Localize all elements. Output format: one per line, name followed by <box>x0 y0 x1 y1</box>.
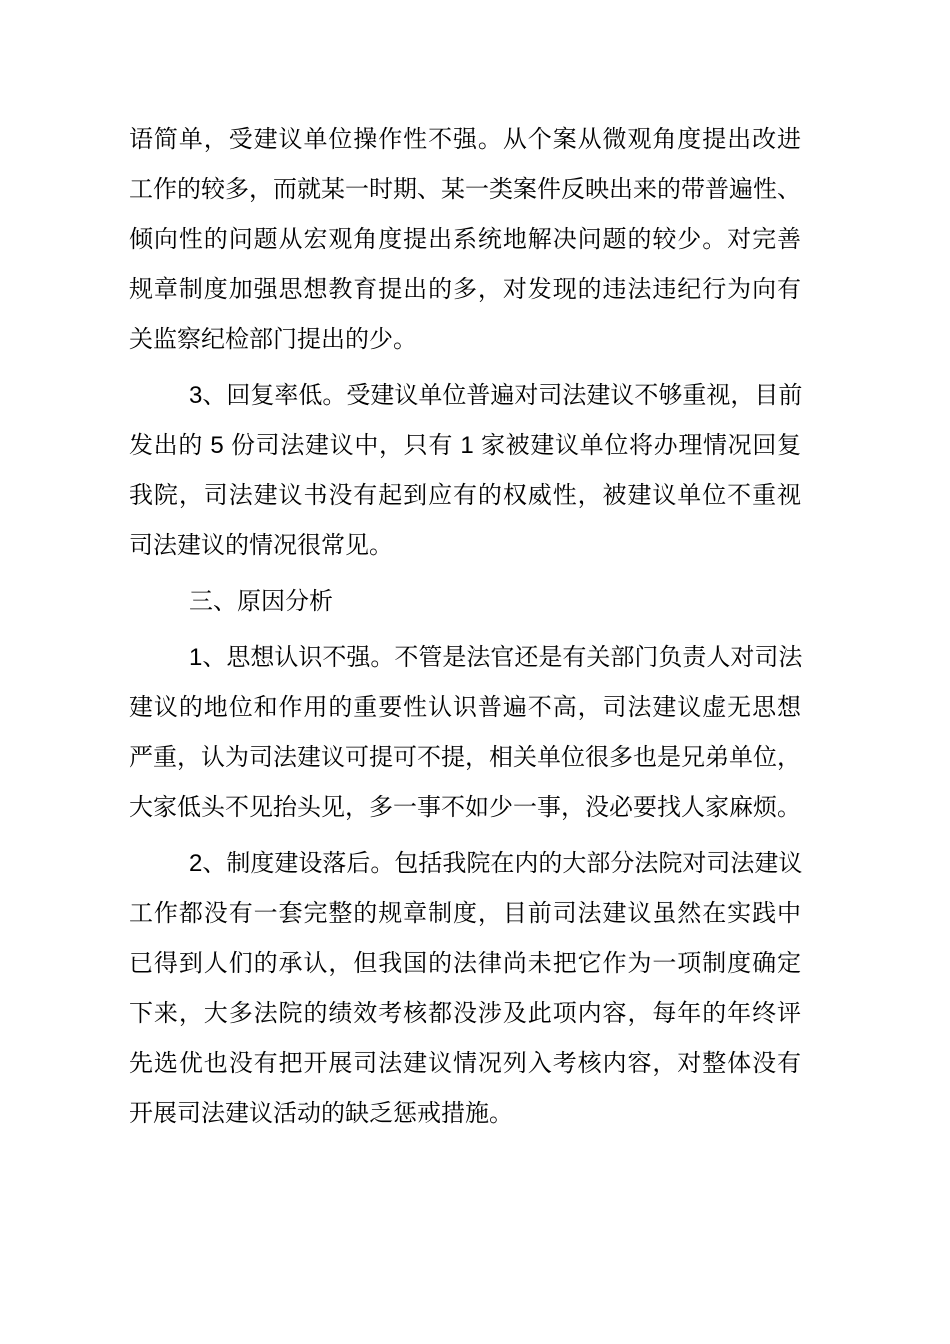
paragraph-line: 语简单，受建议单位操作性不强。从个案从微观角度提出改进 <box>129 115 801 165</box>
paragraph-line: 下来，大多法院的绩效考核都没涉及此项内容，每年的年终评 <box>129 989 801 1039</box>
document-body: 语简单，受建议单位操作性不强。从个案从微观角度提出改进 工作的较多，而就某一时期… <box>129 115 801 1145</box>
paragraph-line: 严重，认为司法建议可提可不提，相关单位很多也是兄弟单位， <box>129 733 801 783</box>
paragraph-line: 3、回复率低。受建议单位普遍对司法建议不够重视，目前 <box>129 371 801 421</box>
paragraph-item-3: 3、回复率低。受建议单位普遍对司法建议不够重视，目前 发出的 5 份司法建议中，… <box>129 371 801 571</box>
paragraph-item-2: 2、制度建设落后。包括我院在内的大部分法院对司法建议 工作都没有一套完整的规章制… <box>129 839 801 1139</box>
paragraph-line: 规章制度加强思想教育提出的多，对发现的违法违纪行为向有 <box>129 265 801 315</box>
document-page: 语简单，受建议单位操作性不强。从个案从微观角度提出改进 工作的较多，而就某一时期… <box>0 0 950 1344</box>
section-heading: 三、原因分析 <box>129 577 801 627</box>
paragraph-line: 发出的 5 份司法建议中，只有 1 家被建议单位将办理情况回复 <box>129 421 801 471</box>
section-heading-text: 三、原因分析 <box>129 577 801 627</box>
paragraph-line: 开展司法建议活动的缺乏惩戒措施。 <box>129 1089 801 1139</box>
paragraph-line: 司法建议的情况很常见。 <box>129 521 801 571</box>
paragraph-line: 工作都没有一套完整的规章制度，目前司法建议虽然在实践中 <box>129 889 801 939</box>
paragraph-line: 1、思想认识不强。不管是法官还是有关部门负责人对司法 <box>129 633 801 683</box>
paragraph-line: 已得到人们的承认，但我国的法律尚未把它作为一项制度确定 <box>129 939 801 989</box>
paragraph-line: 倾向性的问题从宏观角度提出系统地解决问题的较少。对完善 <box>129 215 801 265</box>
paragraph-continuation: 语简单，受建议单位操作性不强。从个案从微观角度提出改进 工作的较多，而就某一时期… <box>129 115 801 365</box>
paragraph-line: 关监察纪检部门提出的少。 <box>129 315 801 365</box>
paragraph-item-1: 1、思想认识不强。不管是法官还是有关部门负责人对司法 建议的地位和作用的重要性认… <box>129 633 801 833</box>
paragraph-line: 2、制度建设落后。包括我院在内的大部分法院对司法建议 <box>129 839 801 889</box>
paragraph-line: 先选优也没有把开展司法建议情况列入考核内容，对整体没有 <box>129 1039 801 1089</box>
paragraph-line: 工作的较多，而就某一时期、某一类案件反映出来的带普遍性、 <box>129 165 801 215</box>
paragraph-line: 我院，司法建议书没有起到应有的权威性，被建议单位不重视 <box>129 471 801 521</box>
paragraph-line: 大家低头不见抬头见，多一事不如少一事，没必要找人家麻烦。 <box>129 783 801 833</box>
paragraph-line: 建议的地位和作用的重要性认识普遍不高，司法建议虚无思想 <box>129 683 801 733</box>
